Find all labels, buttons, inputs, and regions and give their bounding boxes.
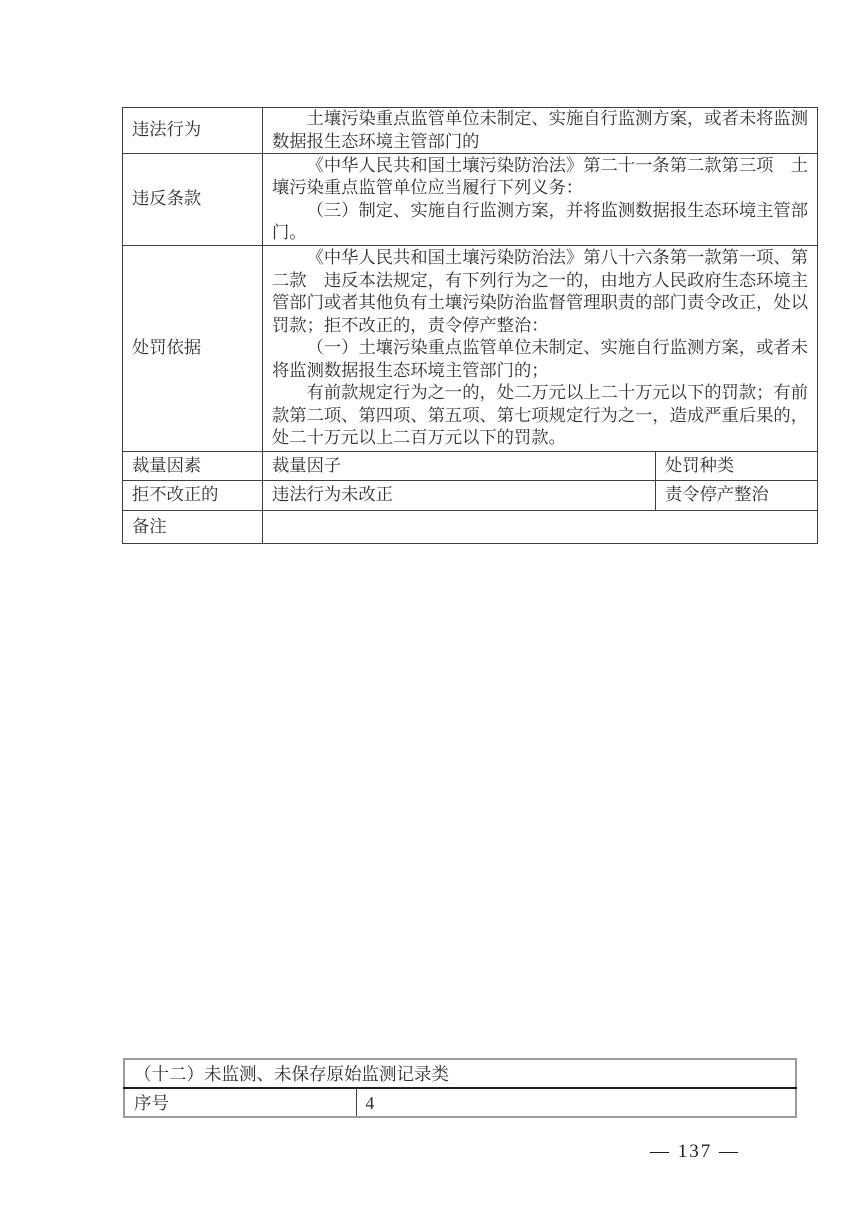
category-serial-row: 序号 4	[124, 1088, 796, 1117]
table-row-violated-clause: 违反条款 《中华人民共和国土壤污染防治法》第二十一条第二款第三项 土壤污染重点监…	[123, 154, 818, 246]
penalty-basis-paragraph-2: （一）土壤污染重点监管单位未制定、实施自行监测方案，或者未将监测数据报生态环境主…	[272, 337, 808, 382]
violated-clause-label: 违反条款	[123, 154, 263, 246]
refusal-penalty: 责令停产整治	[656, 481, 818, 511]
violated-clause-content: 《中华人民共和国土壤污染防治法》第二十一条第二款第三项 土壤污染重点监管单位应当…	[263, 154, 818, 246]
table-row-remark: 备注	[123, 511, 818, 544]
penalty-basis-label: 处罚依据	[123, 246, 263, 452]
table-row-penalty-basis: 处罚依据 《中华人民共和国土壤污染防治法》第八十六条第一款第一项、第二款 违反本…	[123, 246, 818, 452]
illegal-act-label: 违法行为	[123, 108, 263, 154]
table-row-refusal: 拒不改正的 违法行为未改正 责令停产整治	[123, 481, 818, 511]
category-table: （十二）未监测、未保存原始监测记录类 序号 4	[123, 1058, 797, 1118]
penalty-basis-paragraph-3: 有前款规定行为之一的，处二万元以上二十万元以下的罚款；有前款第二项、第四项、第五…	[272, 382, 808, 450]
remark-content	[263, 511, 818, 544]
violated-clause-paragraph-2: （三）制定、实施自行监测方案，并将监测数据报生态环境主管部门。	[272, 200, 808, 245]
discretion-label: 裁量因素	[123, 452, 263, 481]
document-page: 违法行为 土壤污染重点监管单位未制定、实施自行监测方案，或者未将监测数据报生态环…	[0, 0, 868, 1227]
penalty-basis-paragraph-1: 《中华人民共和国土壤污染防治法》第八十六条第一款第一项、第二款 违反本法规定，有…	[272, 247, 808, 337]
serial-value: 4	[356, 1088, 796, 1117]
table-row-discretion: 裁量因素 裁量因子 处罚种类	[123, 452, 818, 481]
serial-label: 序号	[124, 1088, 356, 1117]
discretion-factor: 裁量因子	[263, 452, 656, 481]
table-row-illegal-act: 违法行为 土壤污染重点监管单位未制定、实施自行监测方案，或者未将监测数据报生态环…	[123, 108, 818, 154]
refusal-label: 拒不改正的	[123, 481, 263, 511]
illegal-act-paragraph: 土壤污染重点监管单位未制定、实施自行监测方案，或者未将监测数据报生态环境主管部门…	[272, 108, 808, 153]
discretion-penalty-type: 处罚种类	[656, 452, 818, 481]
violated-clause-paragraph-1: 《中华人民共和国土壤污染防治法》第二十一条第二款第三项 土壤污染重点监管单位应当…	[272, 155, 808, 200]
illegal-act-content: 土壤污染重点监管单位未制定、实施自行监测方案，或者未将监测数据报生态环境主管部门…	[263, 108, 818, 154]
penalty-basis-content: 《中华人民共和国土壤污染防治法》第八十六条第一款第一项、第二款 违反本法规定，有…	[263, 246, 818, 452]
penalty-table: 违法行为 土壤污染重点监管单位未制定、实施自行监测方案，或者未将监测数据报生态环…	[122, 107, 818, 544]
category-header-row: （十二）未监测、未保存原始监测记录类	[124, 1059, 796, 1088]
category-header: （十二）未监测、未保存原始监测记录类	[124, 1059, 796, 1088]
refusal-factor: 违法行为未改正	[263, 481, 656, 511]
page-number: — 137 —	[610, 1141, 780, 1163]
remark-label: 备注	[123, 511, 263, 544]
